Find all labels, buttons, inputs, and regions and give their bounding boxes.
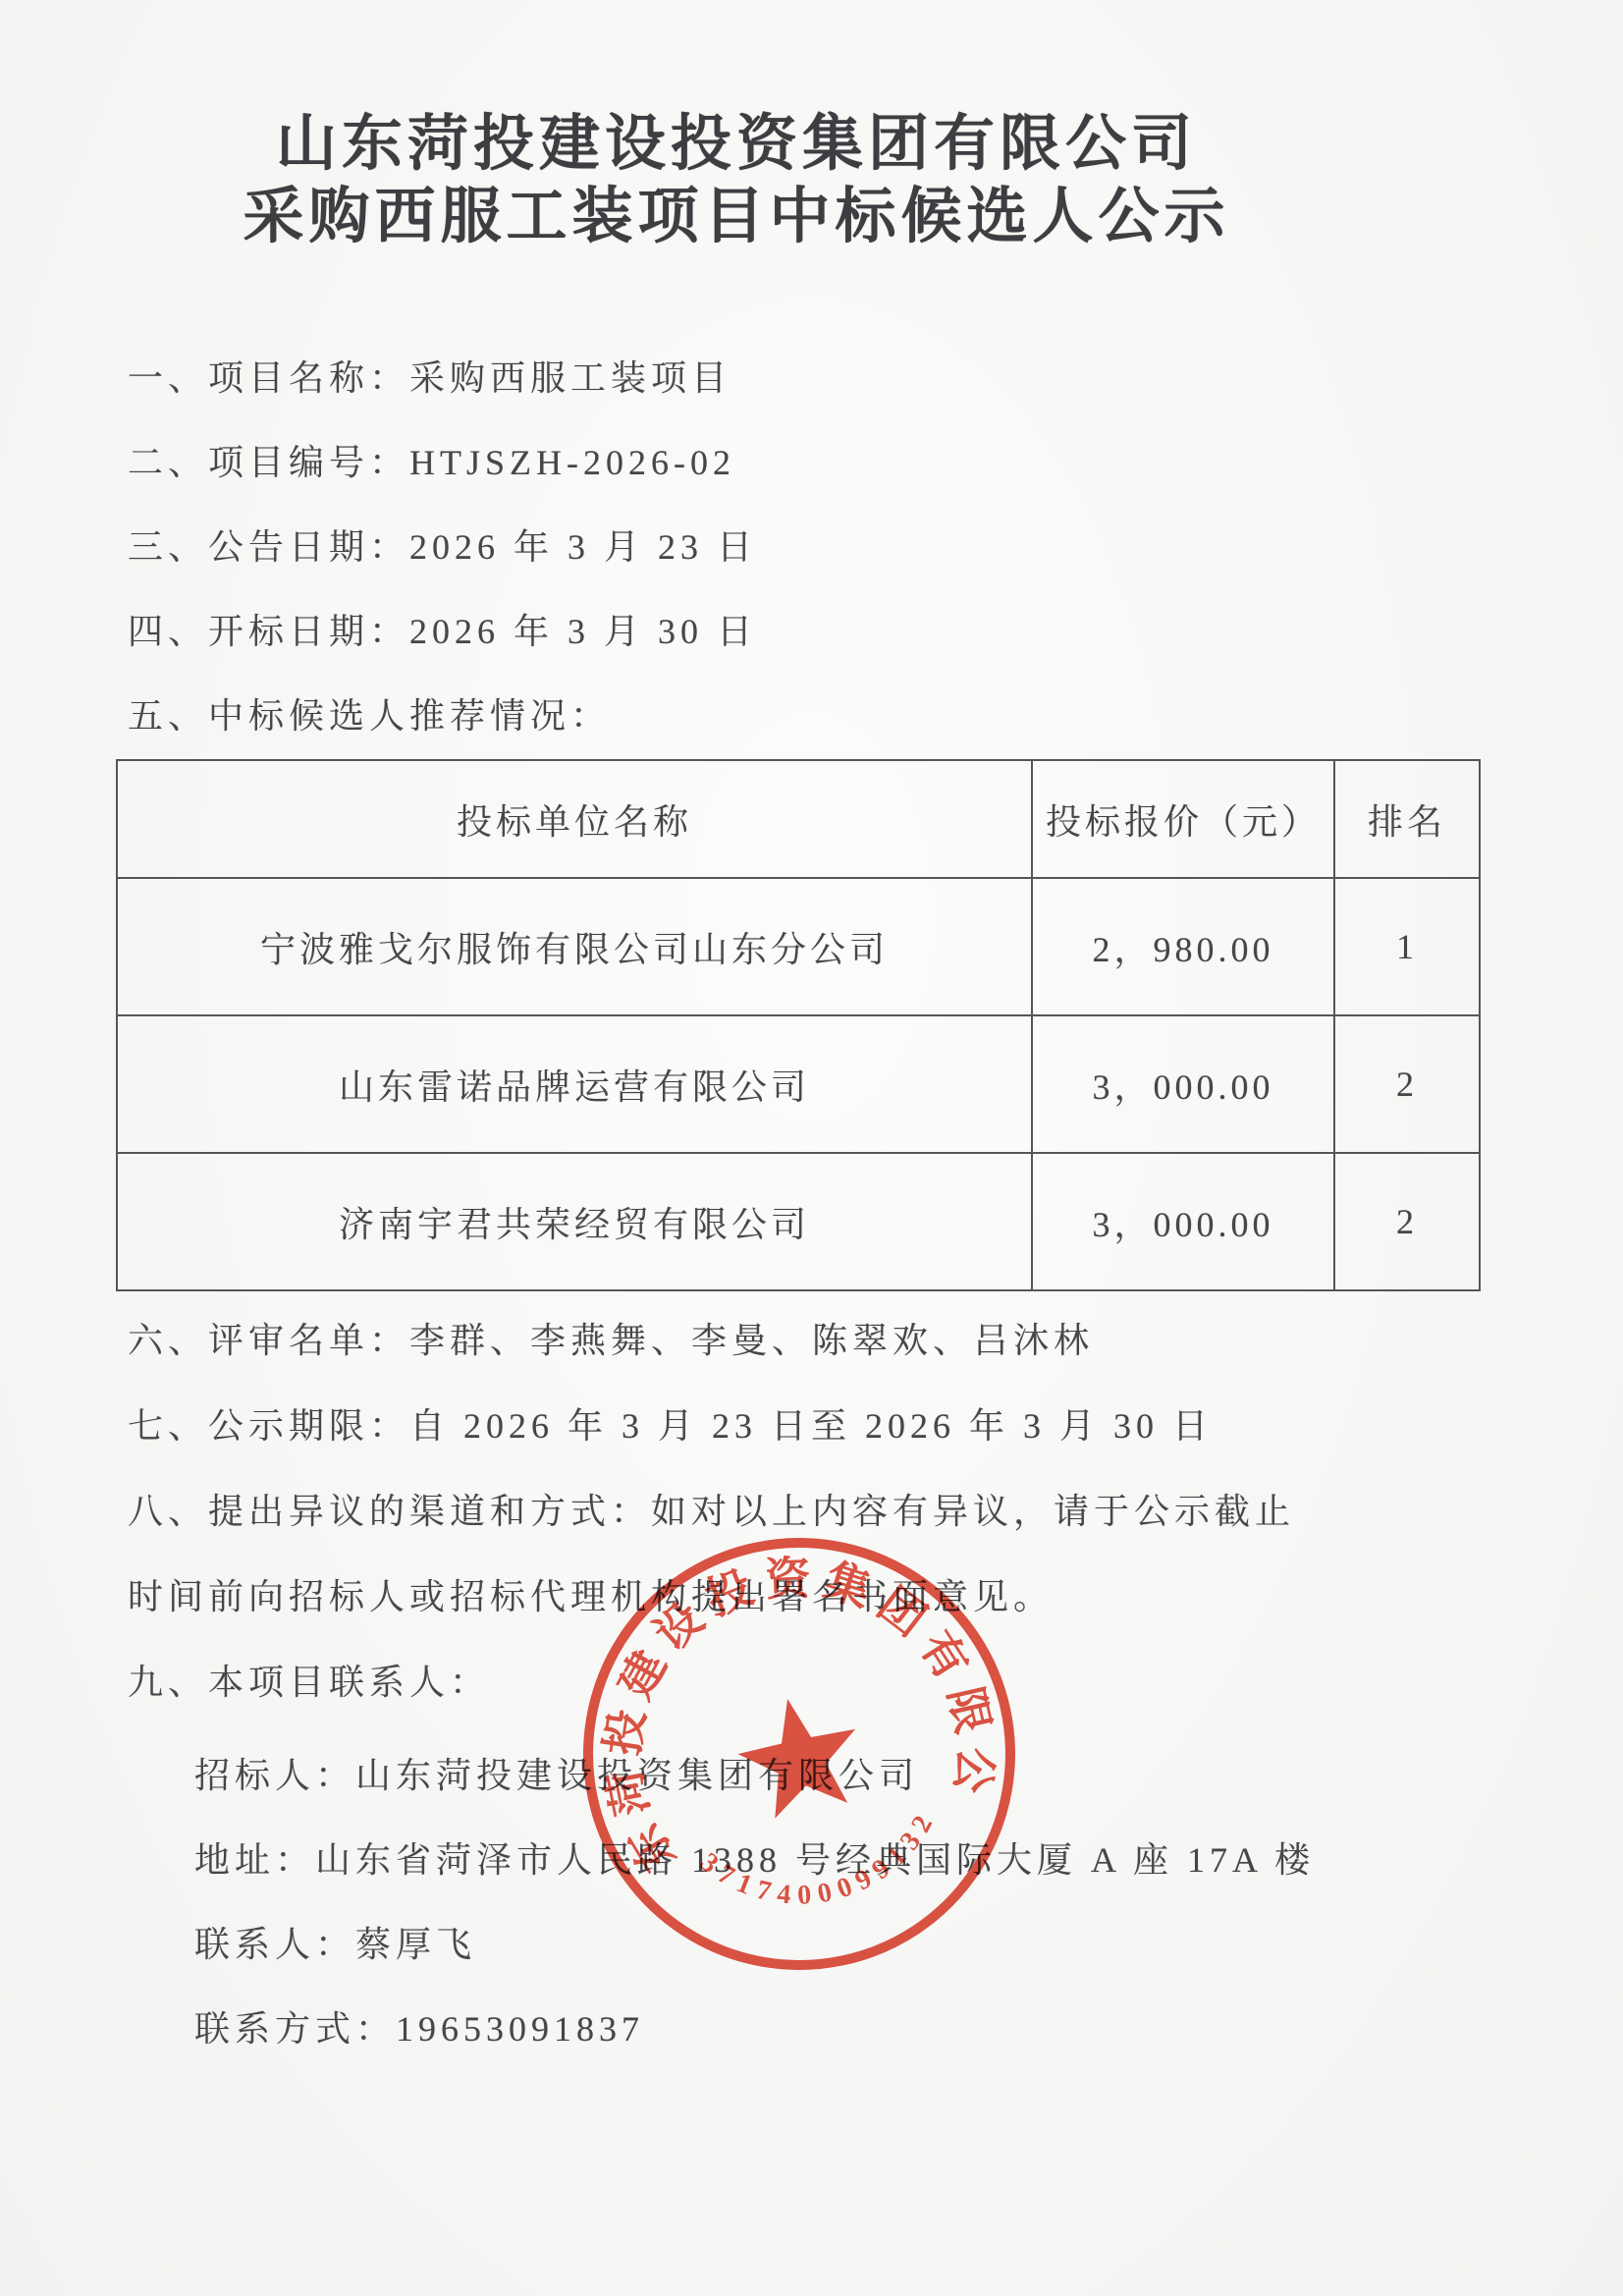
table-row: 山东雷诺品牌运营有限公司 3，000.00 2 xyxy=(117,1015,1480,1153)
cell-company: 宁波雅戈尔服饰有限公司山东分公司 xyxy=(117,878,1032,1015)
contact-method-line: 联系方式：19653091837 xyxy=(194,1987,1315,2071)
item-objection-line2: 时间前向招标人或招标代理机构提出署名书面意见。 xyxy=(128,1555,1295,1640)
cell-price: 2，980.00 xyxy=(1032,878,1334,1015)
cell-rank: 2 xyxy=(1334,1153,1480,1290)
item-candidates-heading: 五、中标候选人推荐情况： xyxy=(128,674,757,758)
top-item-list: 一、项目名称：采购西服工装项目 二、项目编号：HTJSZH-2026-02 三、… xyxy=(128,336,757,758)
contact-block: 招标人：山东菏投建设投资集团有限公司 地址：山东省菏泽市人民路 1388 号经典… xyxy=(194,1733,1315,2071)
col-header-company: 投标单位名称 xyxy=(117,760,1032,878)
table-header-row: 投标单位名称 投标报价（元） 排名 xyxy=(117,760,1480,878)
item-review-panel: 六、评审名单：李群、李燕舞、李曼、陈翠欢、吕沐林 xyxy=(128,1298,1295,1384)
cell-price: 3，000.00 xyxy=(1032,1015,1334,1153)
bottom-item-list: 六、评审名单：李群、李燕舞、李曼、陈翠欢、吕沐林 七、公示期限：自 2026 年… xyxy=(128,1298,1295,1725)
item-bid-opening-date: 四、开标日期：2026 年 3 月 30 日 xyxy=(128,589,757,674)
table-row: 宁波雅戈尔服饰有限公司山东分公司 2，980.00 1 xyxy=(117,878,1480,1015)
item-announcement-date: 三、公告日期：2026 年 3 月 23 日 xyxy=(128,505,757,589)
item-publicity-period: 七、公示期限：自 2026 年 3 月 23 日至 2026 年 3 月 30 … xyxy=(128,1384,1295,1469)
cell-rank: 1 xyxy=(1334,878,1480,1015)
item-project-name: 一、项目名称：采购西服工装项目 xyxy=(128,336,757,420)
document-title: 山东菏投建设投资集团有限公司 采购西服工装项目中标候选人公示 xyxy=(128,108,1345,253)
cell-price: 3，000.00 xyxy=(1032,1153,1334,1290)
cell-company: 山东雷诺品牌运营有限公司 xyxy=(117,1015,1032,1153)
item-objection-line1: 八、提出异议的渠道和方式：如对以上内容有异议，请于公示截止 xyxy=(128,1469,1295,1555)
title-line1: 山东菏投建设投资集团有限公司 xyxy=(128,108,1345,181)
cell-rank: 2 xyxy=(1334,1015,1480,1153)
cell-company: 济南宇君共荣经贸有限公司 xyxy=(117,1153,1032,1290)
item-project-number: 二、项目编号：HTJSZH-2026-02 xyxy=(128,420,757,505)
tenderer-line: 招标人：山东菏投建设投资集团有限公司 xyxy=(194,1733,1315,1818)
table-row: 济南宇君共荣经贸有限公司 3，000.00 2 xyxy=(117,1153,1480,1290)
item-contact-heading: 九、本项目联系人： xyxy=(128,1640,1295,1725)
address-line: 地址：山东省菏泽市人民路 1388 号经典国际大厦 A 座 17A 楼 xyxy=(194,1818,1315,1902)
col-header-price: 投标报价（元） xyxy=(1032,760,1334,878)
title-line2: 采购西服工装项目中标候选人公示 xyxy=(128,181,1345,253)
col-header-rank: 排名 xyxy=(1334,760,1480,878)
document-page: 山东菏投建设投资集团有限公司 采购西服工装项目中标候选人公示 一、项目名称：采购… xyxy=(0,0,1623,2296)
contact-person-line: 联系人：蔡厚飞 xyxy=(194,1902,1315,1987)
candidates-table: 投标单位名称 投标报价（元） 排名 宁波雅戈尔服饰有限公司山东分公司 2，980… xyxy=(116,759,1481,1291)
